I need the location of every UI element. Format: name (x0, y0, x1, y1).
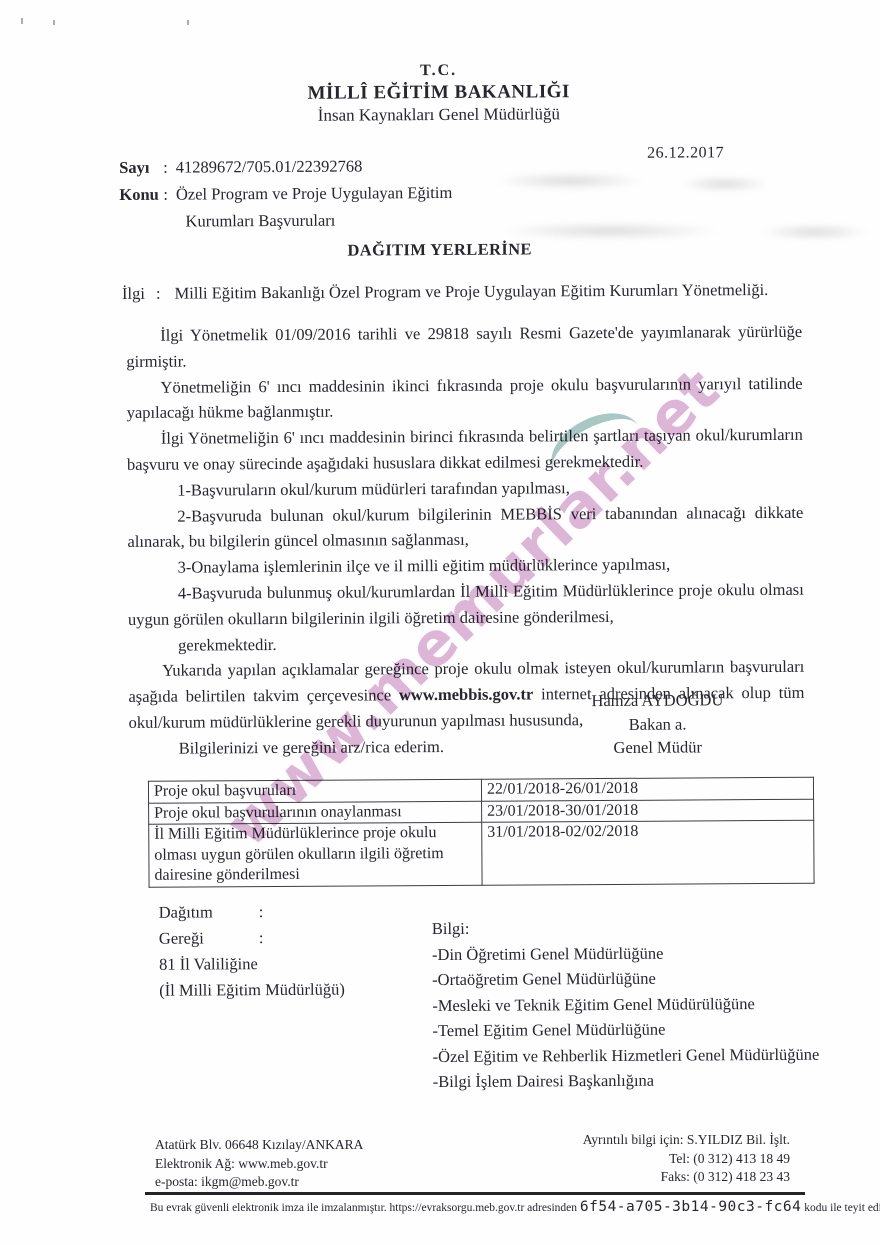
footer-address: Atatürk Blv. 06648 Kızılay/ANKARA Elektr… (155, 1136, 363, 1192)
ilgi-line: İlgi:Milli Eğitim Bakanlığı Özel Program… (122, 280, 822, 304)
document-date: 26.12.2017 (647, 144, 724, 162)
ilgi-label: İlgi (122, 284, 156, 304)
konu-line: Konu:Özel Program ve Proje Uygulayan Eği… (119, 179, 452, 208)
bilgi-item: -Din Öğretimi Genel Müdürlüğüne (432, 939, 819, 967)
footer-contact-line: Tel: (0 312) 413 18 49 (583, 1150, 790, 1169)
task-cell: Proje okul başvuruları (148, 779, 481, 803)
verification-code: 6f54-a705-3b14-90c3-fc64 (580, 1199, 802, 1215)
dates-cell: 22/01/2018-26/01/2018 (481, 777, 813, 801)
footer-address-line: Atatürk Blv. 06648 Kızılay/ANKARA (155, 1136, 363, 1155)
konu-label: Konu (119, 181, 163, 208)
list-item: 4-Başvuruda bulunmuş okul/kurumlardan İl… (128, 577, 804, 633)
konu-value-line2: Kurumları Başvuruları (119, 206, 452, 235)
letterhead-directorate: İnsan Kaynakları Genel Müdürlüğü (0, 101, 879, 127)
signature-title-2: Genel Müdür (548, 735, 768, 760)
bilgi-item: -Bilgi İşlem Dairesi Başkanlığına (433, 1067, 820, 1095)
footer-address-line: e-posta: ikgm@meb.gov.tr (155, 1173, 363, 1192)
footer-address-line: Elektronik Ağ: www.meb.gov.tr (155, 1155, 363, 1174)
ilgi-text: Milli Eğitim Bakanlığı Özel Program ve P… (174, 280, 768, 303)
dates-cell: 23/01/2018-30/01/2018 (482, 799, 814, 823)
bilgi-item: -Mesleki ve Teknik Eğitim Genel Müdürülü… (432, 990, 819, 1018)
footer-divider (145, 1192, 805, 1195)
geregi-colon: : (259, 928, 264, 947)
sayi-line: Sayı:41289672/705.01/22392768 (119, 152, 452, 181)
ilgi-colon: : (156, 284, 161, 303)
dagitim-block: Dağıtım: Gereği: 81 İl Valiliğine (İl Mi… (159, 899, 345, 1004)
mebbis-url-text: www.mebbis.gov.tr (399, 685, 533, 705)
footer-contact-line: Faks: (0 312) 418 23 43 (583, 1168, 790, 1187)
task-cell: Proje okul başvurularının onaylanması (149, 801, 482, 825)
sayi-value: 41289672/705.01/22392768 (176, 156, 363, 176)
verification-text: kodu ile teyit edilebilir. (801, 1202, 880, 1214)
bilgi-block: Bilgi: -Din Öğretimi Genel Müdürlüğüne -… (432, 914, 820, 1095)
dagitim-target-2: (İl Milli Eğitim Müdürlüğü) (159, 977, 345, 1004)
footer-contact-line: Ayrıntılı bilgi için: S.YILDIZ Bil. İşlt… (583, 1131, 790, 1150)
bilgi-item: -Özel Eğitim ve Rehberlik Hizmetleri Gen… (433, 1041, 820, 1069)
dates-cell: 31/01/2018-02/02/2018 (482, 820, 814, 885)
geregi-label: Gereği (159, 925, 259, 952)
list-item: 2-Başvuruda bulunan okul/kurum bilgileri… (127, 499, 803, 555)
geregi-line: Gereği: (159, 925, 345, 952)
scanned-document-page: T.C. MİLLÎ EĞİTİM BAKANLIĞI İnsan Kaynak… (0, 0, 880, 1245)
body-paragraph: Yönetmeliğin 6' ıncı maddesinin ikinci f… (126, 370, 802, 426)
konu-colon: : (163, 185, 168, 204)
body-paragraph: İlgi Yönetmelik 01/09/2016 tarihli ve 29… (126, 319, 802, 375)
schedule-table: Proje okul başvuruları 22/01/2018-26/01/… (148, 777, 815, 888)
konu-value-line1: Özel Program ve Proje Uygulayan Eğitim (176, 183, 452, 204)
task-cell: İl Milli Eğitim Müdürlüklerince proje ok… (149, 822, 482, 887)
bilgi-item: -Ortaöğretim Genel Müdürlüğüne (432, 965, 819, 993)
verification-line: Bu evrak güvenli elektronik imza ile imz… (150, 1199, 870, 1215)
recipient-heading: DAĞITIM YERLERİNE (0, 237, 880, 262)
sayi-label: Sayı (119, 154, 163, 181)
reference-block: Sayı:41289672/705.01/22392768 Konu:Özel … (119, 152, 452, 235)
footer-contact: Ayrıntılı bilgi için: S.YILDIZ Bil. İşlt… (583, 1131, 790, 1187)
dagitim-label: Dağıtım (159, 899, 259, 926)
body-paragraph: İlgi Yönetmeliğin 6' ıncı maddesinin bir… (127, 422, 803, 478)
dagitim-target-1: 81 İl Valiliğine (159, 951, 345, 978)
signature-block: Hamza AYDOĞDU Bakan a. Genel Müdür (547, 688, 767, 760)
verification-text: Bu evrak güvenli elektronik imza ile imz… (150, 1202, 580, 1214)
dagitim-line: Dağıtım: (159, 899, 345, 926)
signature-name: Hamza AYDOĞDU (547, 688, 767, 713)
bilgi-item: -Temel Eğitim Genel Müdürlüğüne (432, 1016, 819, 1044)
letterhead: T.C. MİLLÎ EĞİTİM BAKANLIĞI İnsan Kaynak… (0, 57, 879, 127)
bilgi-label: Bilgi: (432, 914, 819, 942)
dagitim-colon: : (259, 902, 264, 921)
sayi-colon: : (163, 158, 168, 177)
signature-title-1: Bakan a. (548, 712, 768, 737)
table-row: İl Milli Eğitim Müdürlüklerince proje ok… (149, 820, 814, 887)
